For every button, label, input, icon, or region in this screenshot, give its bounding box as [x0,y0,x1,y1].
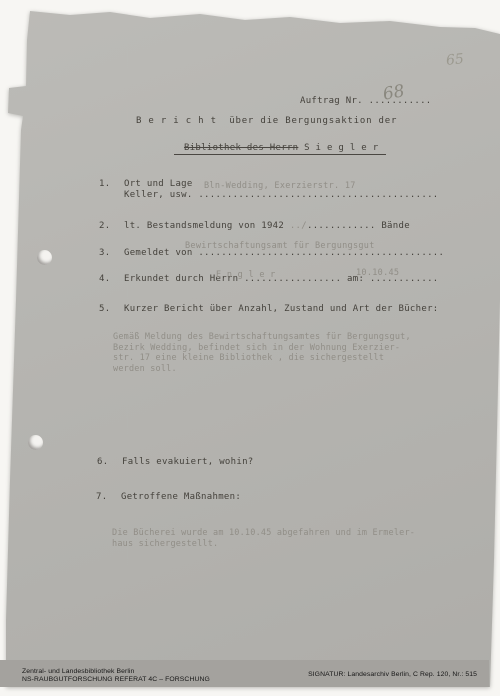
item-label: Kurzer Bericht über Anzahl, Zustand und … [124,304,439,314]
item-label: lt. Bestandsmeldung von 1942 [124,221,290,231]
subject-struck-text: Bibliothek des Herrn [184,143,298,153]
item-label: Ort und Lage [124,179,193,189]
footer-credits: Zentral- und Landesbibliothek BerlinNS-R… [22,668,210,685]
item-paragraph: Gemäß Meldung des Bewirtschaftungsamtes … [113,332,453,374]
item-number: 2. [99,221,110,231]
item-dots: ........................................… [198,190,438,200]
auftrag-label: Auftrag Nr. [300,96,369,106]
order-number-annotation: 68 [381,81,406,104]
item-fill: E n g l e r [216,270,276,280]
item-number: 6. [97,457,108,467]
item-number: 4. [99,274,110,284]
report-subject: Bibliothek des Herrn S i e g l e r [174,143,386,153]
item-suffix: Bände [376,221,410,231]
item-fill-date: 10.10.45 [356,268,399,278]
report-title: B e r i c h t über die Bergungsaktion de… [136,116,397,126]
item-fill: ../ [290,221,307,231]
page-number-annotation: 65 [445,51,464,69]
item-label: Falls evakuiert, wohin? [122,457,254,467]
punch-hole [37,250,52,265]
item-label-line2: Keller, usw. ...........................… [124,190,439,200]
item-fill: Bewirtschaftungsamt für Bergungsgut [185,241,375,251]
item-line: lt. Bestandsmeldung von 1942 ../........… [124,221,410,231]
auftrag-line: Auftrag Nr. ........... [300,96,432,106]
item-number: 7. [96,492,107,502]
item-dots: ............ [307,221,376,231]
footer-department: NS-RAUBGUTFORSCHUNG REFERAT 4C – FORSCHU… [22,676,210,683]
item-label: Getroffene Maßnahmen: [121,492,241,502]
punch-hole [28,435,43,450]
footer-institution: Zentral- und Landesbibliothek Berlin [22,668,134,675]
item-number: 3. [99,248,110,258]
footer-signature: SIGNATUR: Landesarchiv Berlin, C Rep. 12… [308,671,477,679]
item-number: 5. [99,304,110,314]
subject-name: S i e g l e r [298,143,378,153]
subject-underline: Bibliothek des Herrn S i e g l e r [174,143,386,155]
item-paragraph: Die Bücherei wurde am 10.10.45 abgefahre… [112,528,462,549]
item-label2: Keller, usw. [124,190,198,200]
item-number: 1. [99,179,110,189]
